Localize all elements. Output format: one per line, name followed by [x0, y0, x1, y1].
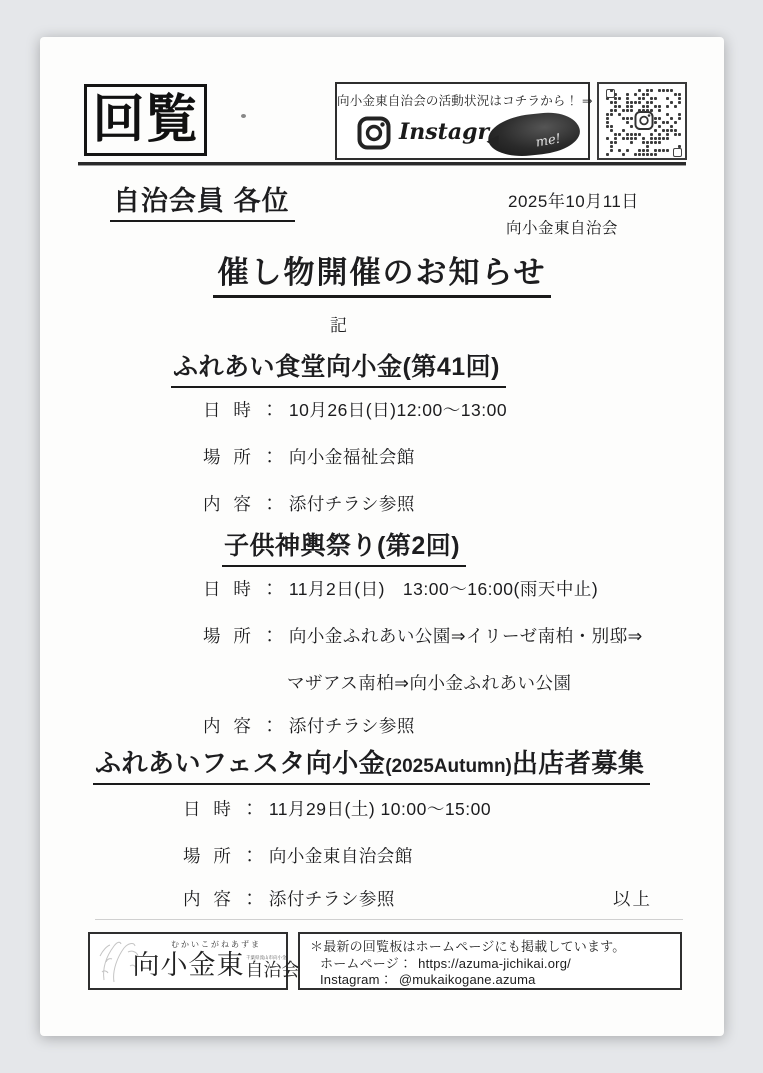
- qr-code: [606, 89, 682, 157]
- follow-me-bubble: me!: [486, 109, 582, 159]
- row-value: 向小金ふれあい公園⇒イリーゼ南柏・別邸⇒: [289, 626, 643, 646]
- logo-ruby: むかいこがねあずま: [146, 939, 286, 950]
- event3-place-row: 場 所：向小金東自治会館: [183, 843, 413, 868]
- row-colon: ：: [261, 494, 279, 514]
- logo-main-text: 向小金東: [133, 951, 245, 981]
- row-colon: ：: [241, 846, 259, 866]
- instagram-banner: 向小金東自治会の活動状況はコチラから！ ⇒ Instagram me!: [335, 82, 590, 160]
- row-label: 内 容: [203, 716, 255, 736]
- row-colon: ：: [261, 626, 279, 646]
- row-label: 日 時: [203, 400, 255, 420]
- footer-info-box: ＊最新の回覧板はホームページにも掲載しています。 ホームページ：https://…: [298, 932, 682, 990]
- event2-datetime-row: 日 時：11月2日(日) 13:00～16:00(雨天中止): [203, 576, 598, 601]
- instagram-handle: @mukaikogane.azuma: [399, 972, 536, 987]
- scan-artifact-line: [95, 919, 683, 920]
- homepage-label: ホームページ：: [320, 956, 412, 971]
- qr-corner-glyph: [673, 148, 682, 157]
- event2-place-continuation: マザアス南柏⇒向小金ふれあい公園: [287, 670, 571, 695]
- row-colon: ：: [261, 716, 279, 736]
- follow-me-bubble-text: me!: [534, 131, 561, 150]
- row-value: 向小金福祉会館: [289, 447, 415, 467]
- row-value: 添付チラシ参照: [289, 716, 415, 736]
- scan-speck: [241, 114, 246, 118]
- row-label: 内 容: [203, 494, 255, 514]
- row-value: 向小金東自治会館: [269, 846, 413, 866]
- recipient-line: 自治会員 各位: [110, 179, 295, 222]
- row-label: 日 時: [203, 579, 255, 599]
- logo-suffix-block: 千葉県流山市向小金 自治会: [246, 954, 300, 981]
- closing-mark: 以上: [613, 886, 652, 911]
- document-page: 回覧 向小金東自治会の活動状況はコチラから！ ⇒ Instagram me!: [40, 37, 724, 1036]
- row-value: 添付チラシ参照: [289, 494, 415, 514]
- instagram-qr-box: [597, 82, 687, 160]
- row-colon: ：: [261, 579, 279, 599]
- row-label: 内 容: [183, 889, 235, 909]
- event2-place-row: 場 所：向小金ふれあい公園⇒イリーゼ南柏・別邸⇒: [203, 623, 643, 648]
- instagram-icon: [357, 116, 391, 150]
- row-value: 添付チラシ参照: [269, 889, 395, 909]
- document-title-text: 催し物開催のお知らせ: [213, 247, 550, 298]
- event1-heading: ふれあい食堂向小金(第41回): [171, 347, 506, 388]
- row-colon: ：: [261, 400, 279, 420]
- association-logo-box: むかいこがねあずま 向小金東 千葉県流山市向小金 自治会: [88, 932, 288, 990]
- instagram-label: Instagram：: [320, 972, 393, 987]
- row-colon: ：: [241, 799, 259, 819]
- document-issuer: 向小金東自治会: [506, 216, 618, 238]
- document-title: 催し物開催のお知らせ: [40, 247, 724, 298]
- document-date: 2025年10月11日: [508, 187, 639, 212]
- association-logo-text: むかいこがねあずま 向小金東 千葉県流山市向小金 自治会: [146, 939, 286, 981]
- event3-heading: ふれあいフェスタ向小金(2025Autumn)出店者募集: [93, 743, 650, 785]
- kairan-label: 回覧: [92, 94, 198, 146]
- row-colon: ：: [241, 889, 259, 909]
- event3-heading-sub: (2025Autumn): [385, 756, 512, 777]
- row-value: 10月26日(日)12:00～13:00: [289, 400, 507, 420]
- instagram-banner-caption: 向小金東自治会の活動状況はコチラから！ ⇒: [337, 91, 588, 109]
- row-value: 11月2日(日) 13:00～16:00(雨天中止): [289, 579, 598, 599]
- row-label: 場 所: [203, 626, 255, 646]
- event3-heading-tail: 出店者募集: [512, 748, 645, 778]
- event2-content-row: 内 容：添付チラシ参照: [203, 713, 415, 738]
- record-mark: 記: [330, 311, 347, 336]
- footer-instagram-line: Instagram：@mukaikogane.azuma: [310, 972, 680, 989]
- row-label: 日 時: [183, 799, 235, 819]
- kairan-stamp-box: 回覧: [84, 84, 207, 156]
- logo-main-row: 向小金東 千葉県流山市向小金 自治会: [146, 951, 286, 981]
- footer-homepage-line: ホームページ：https://azuma-jichikai.org/: [310, 956, 680, 973]
- header-divider-line: [78, 162, 686, 166]
- event3-datetime-row: 日 時：11月29日(土) 10:00～15:00: [183, 796, 491, 821]
- event1-datetime-row: 日 時：10月26日(日)12:00～13:00: [203, 397, 507, 422]
- scanned-circular-screenshot: { "colors": { "ink": "#1d1d1f", "page_bg…: [0, 0, 763, 1073]
- homepage-url: https://azuma-jichikai.org/: [418, 956, 571, 971]
- row-colon: ：: [261, 447, 279, 467]
- row-label: 場 所: [203, 447, 255, 467]
- row-value: 11月29日(土) 10:00～15:00: [269, 799, 491, 819]
- event3-heading-main: ふれあいフェスタ向小金: [95, 748, 385, 778]
- event1-content-row: 内 容：添付チラシ参照: [203, 491, 415, 516]
- event2-heading: 子供神輿祭り(第2回): [222, 526, 466, 567]
- logo-small-caption: 千葉県流山市向小金: [246, 955, 287, 961]
- event3-content-row: 内 容：添付チラシ参照: [183, 886, 395, 911]
- footer-note: ＊最新の回覧板はホームページにも掲載しています。: [310, 939, 680, 956]
- logo-suffix-text: 自治会: [246, 961, 300, 981]
- row-label: 場 所: [183, 846, 235, 866]
- instagram-banner-row: Instagram me!: [351, 112, 582, 156]
- event1-place-row: 場 所：向小金福祉会館: [203, 444, 415, 469]
